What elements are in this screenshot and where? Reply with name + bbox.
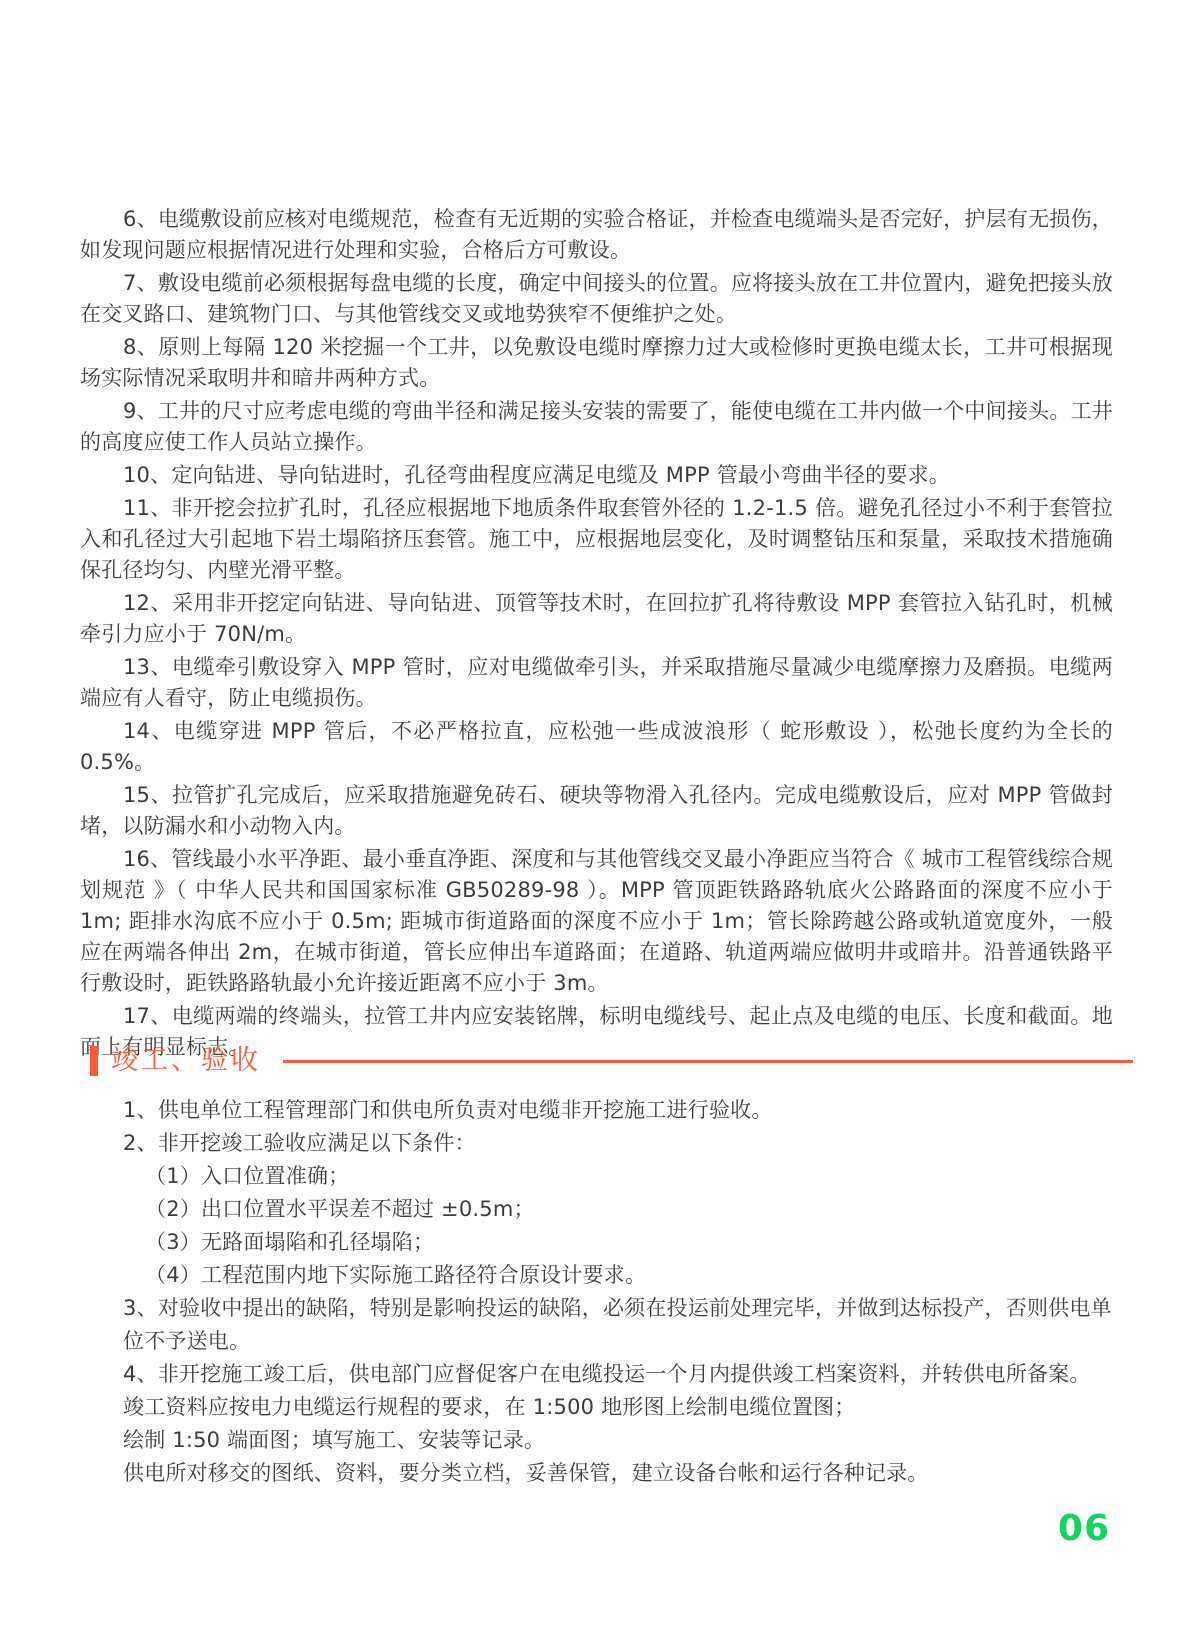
note-paragraph: 16、管线最小水平净距、最小垂直净距、深度和与其他管线交叉最小净距应当符合《 城… <box>80 844 1113 999</box>
acceptance-line: 2、非开挖竣工验收应满足以下条件： <box>80 1127 1113 1160</box>
construction-notes-list: 6、电缆敷设前应核对电缆规范，检查有无近期的实验合格证，并检查电缆端头是否完好，… <box>80 204 1113 1065</box>
note-paragraph: 12、采用非开挖定向钻进、导向钻进、顶管等技术时，在回拉扩孔将待敷设 MPP 套… <box>80 588 1113 650</box>
note-paragraph: 9、工井的尺寸应考虑电缆的弯曲半径和满足接头安装的需要了，能使电缆在工井内做一个… <box>80 396 1113 458</box>
note-paragraph: 8、原则上每隔 120 米挖掘一个工井，以免敷设电缆时摩擦力过大或检修时更换电缆… <box>80 332 1113 394</box>
note-paragraph: 7、敷设电缆前必须根据每盘电缆的长度，确定中间接头的位置。应将接头放在工井位置内… <box>80 268 1113 330</box>
acceptance-line: 竣工资料应按电力电缆运行规程的要求，在 1:500 地形图上绘制电缆位置图； <box>80 1391 1113 1424</box>
note-paragraph: 10、定向钻进、导向钻进时，孔径弯曲程度应满足电缆及 MPP 管最小弯曲半径的要… <box>80 460 1113 491</box>
section-title: 竣工、验收 <box>111 1046 261 1076</box>
acceptance-line: （1）入口位置准确； <box>80 1160 1113 1193</box>
note-paragraph: 13、电缆牵引敷设穿入 MPP 管时，应对电缆做牵引头，并采取措施尽量减少电缆摩… <box>80 652 1113 714</box>
section-header-bar-icon <box>90 1046 98 1076</box>
acceptance-line: （2）出口位置水平误差不超过 ±0.5m； <box>80 1193 1113 1226</box>
section-header: 竣工、验收 <box>90 1046 1133 1076</box>
note-paragraph: 11、非开挖会拉扩孔时，孔径应根据地下地质条件取套管外径的 1.2-1.5 倍。… <box>80 493 1113 586</box>
acceptance-line: 4、非开挖施工竣工后，供电部门应督促客户在电缆投运一个月内提供竣工档案资料，并转… <box>80 1358 1113 1391</box>
section-header-rule <box>283 1060 1133 1063</box>
document-page: 6、电缆敷设前应核对电缆规范，检查有无近期的实验合格证，并检查电缆端头是否完好，… <box>0 0 1200 1639</box>
page-number: 06 <box>1058 1510 1110 1548</box>
note-paragraph: 6、电缆敷设前应核对电缆规范，检查有无近期的实验合格证，并检查电缆端头是否完好，… <box>80 204 1113 266</box>
acceptance-line: 绘制 1:50 端面图；填写施工、安装等记录。 <box>80 1424 1113 1457</box>
note-paragraph: 15、拉管扩孔完成后，应采取措施避免砖石、硬块等物滑入孔径内。完成电缆敷设后，应… <box>80 780 1113 842</box>
acceptance-line: （3）无路面塌陷和孔径塌陷； <box>80 1226 1113 1259</box>
acceptance-line: 1、供电单位工程管理部门和供电所负责对电缆非开挖施工进行验收。 <box>80 1094 1113 1127</box>
acceptance-checklist: 1、供电单位工程管理部门和供电所负责对电缆非开挖施工进行验收。2、非开挖竣工验收… <box>80 1094 1113 1490</box>
acceptance-line: （4）工程范围内地下实际施工路径符合原设计要求。 <box>80 1259 1113 1292</box>
note-paragraph: 14、电缆穿进 MPP 管后，不必严格拉直，应松弛一些成波浪形（ 蛇形敷设 ），… <box>80 716 1113 778</box>
acceptance-line: 3、对验收中提出的缺陷，特别是影响投运的缺陷，必须在投运前处理完毕，并做到达标投… <box>80 1292 1113 1358</box>
acceptance-line: 供电所对移交的图纸、资料，要分类立档，妥善保管，建立设备台帐和运行各种记录。 <box>80 1457 1113 1490</box>
